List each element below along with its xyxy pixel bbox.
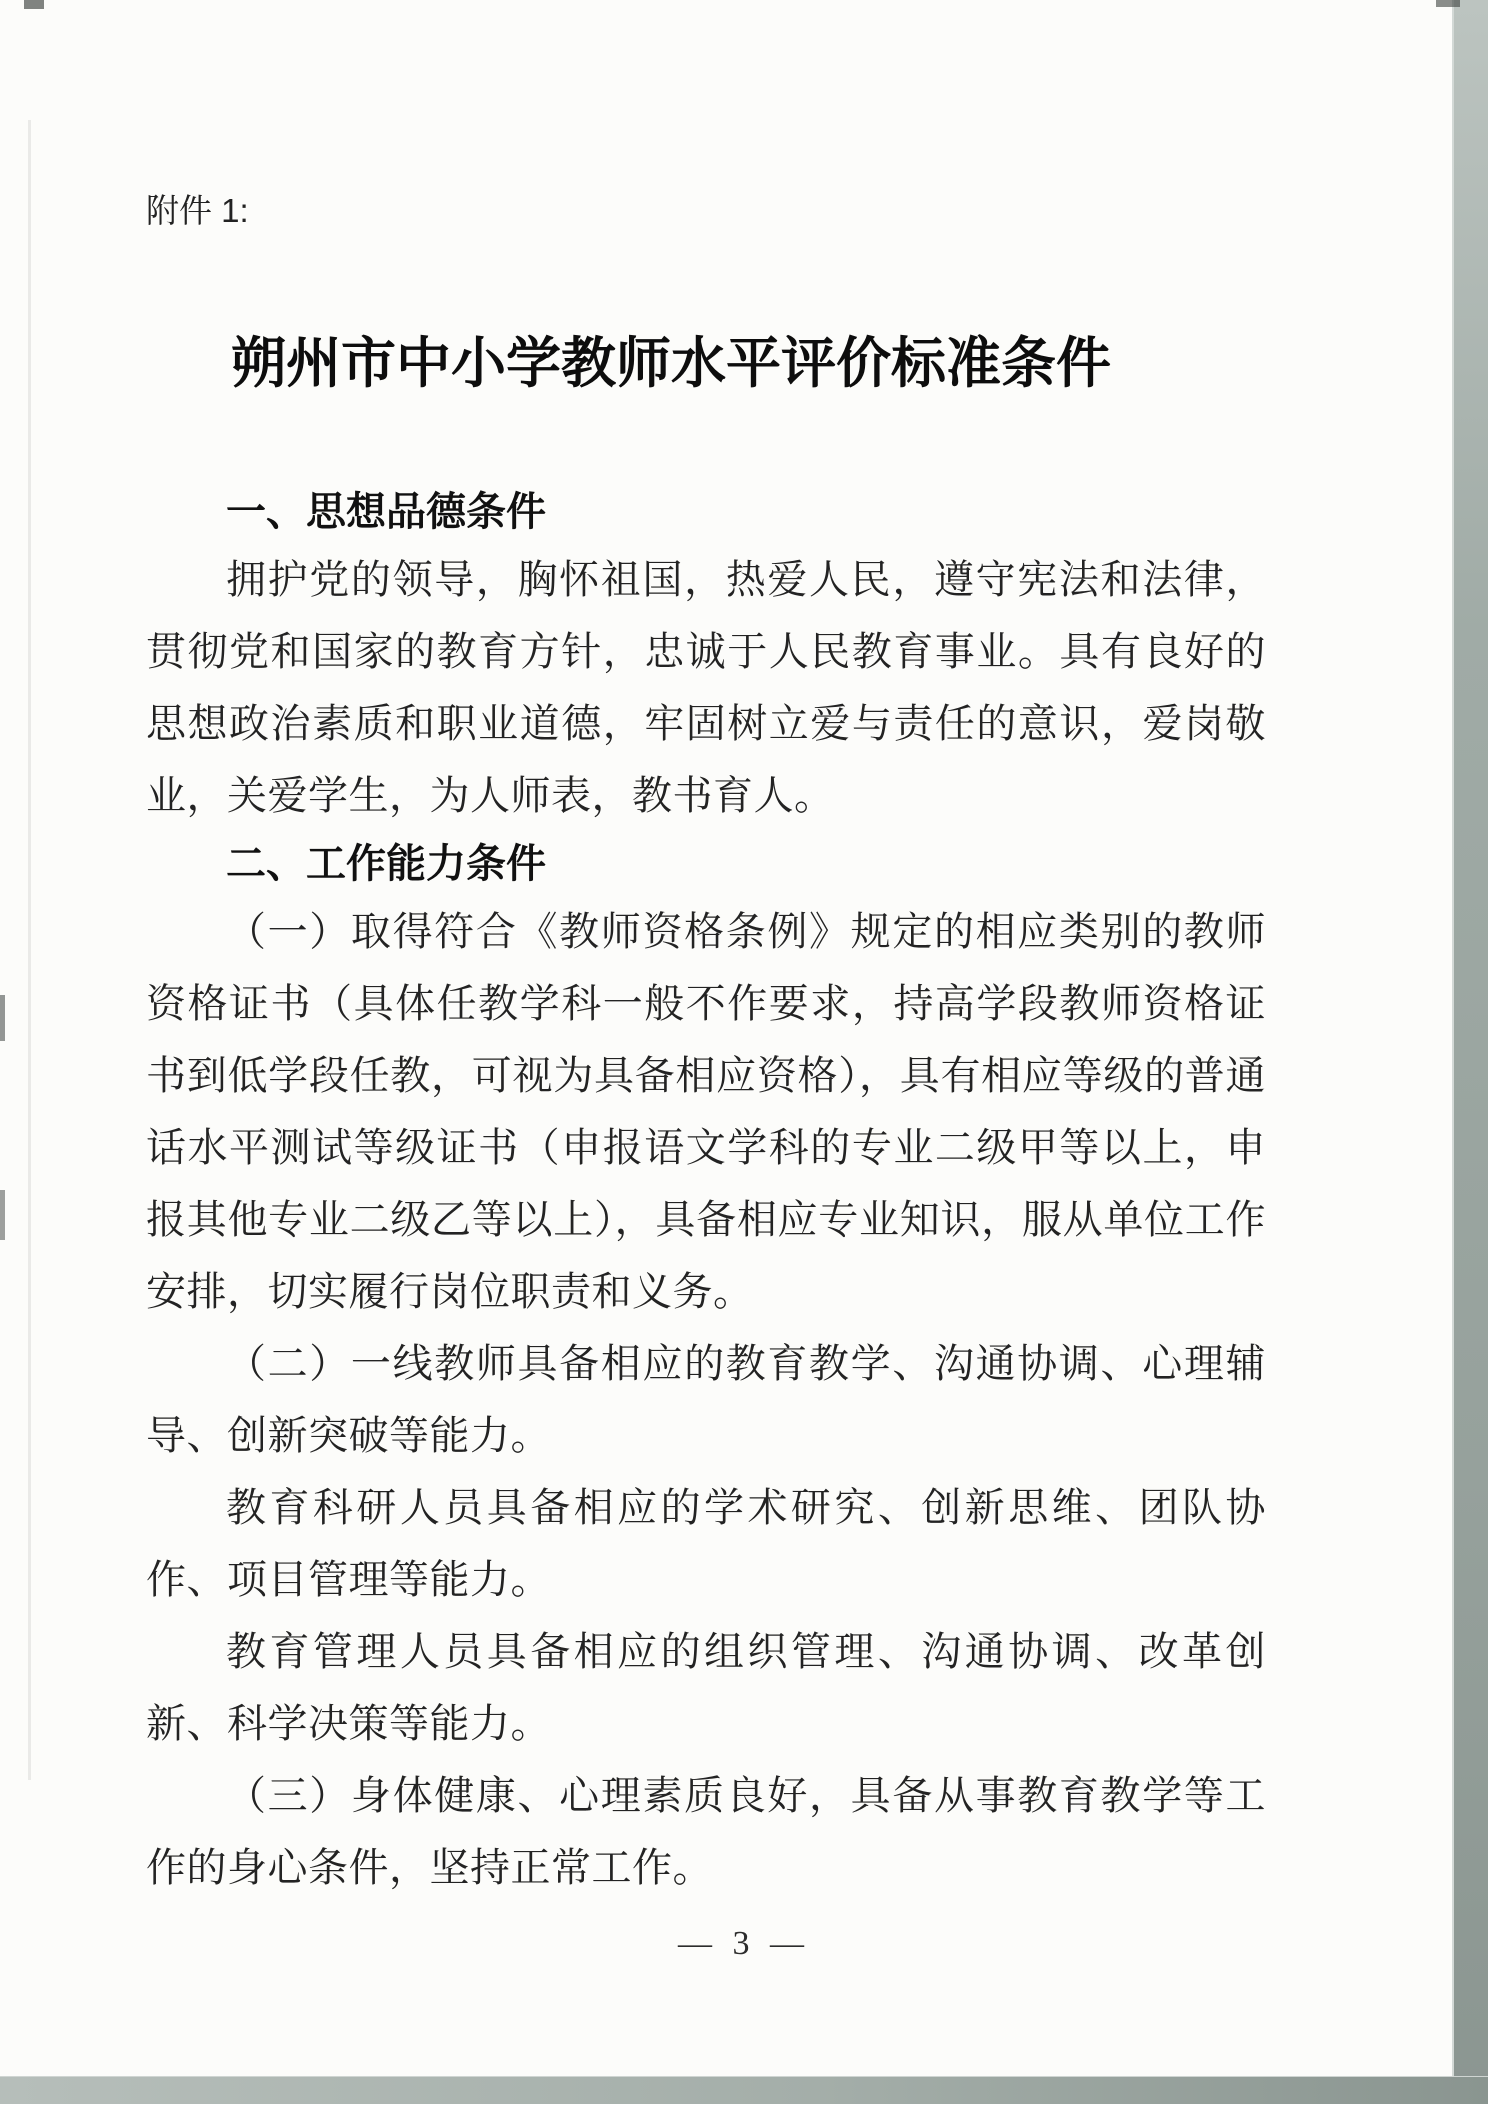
scan-speck bbox=[0, 1190, 5, 1240]
scanned-document-page: 附件 1: 朔州市中小学教师水平评价标准条件 一、思想品德条件 拥护党的领导，胸… bbox=[0, 0, 1488, 2104]
section-heading-work-ability: 二、工作能力条件 bbox=[146, 832, 1266, 896]
paragraph-item-2-frontline-teachers: （二）一线教师具备相应的教育教学、沟通协调、心理辅导、创新突破等能力。 bbox=[146, 1328, 1266, 1472]
paragraph-item-1-qualifications: （一）取得符合《教师资格条例》规定的相应类别的教师资格证书（具体任教学科一般不作… bbox=[146, 896, 1266, 1328]
paragraph-research-staff: 教育科研人员具备相应的学术研究、创新思维、团队协作、项目管理等能力。 bbox=[146, 1472, 1266, 1616]
section-heading-moral: 一、思想品德条件 bbox=[146, 480, 1266, 544]
scan-speck bbox=[1436, 0, 1460, 7]
paragraph-moral-conditions: 拥护党的领导，胸怀祖国，热爱人民，遵守宪法和法律，贯彻党和国家的教育方针，忠诚于… bbox=[146, 544, 1266, 832]
page-number: — 3 — bbox=[0, 1920, 1488, 1968]
paragraph-management-staff: 教育管理人员具备相应的组织管理、沟通协调、改革创新、科学决策等能力。 bbox=[146, 1616, 1266, 1760]
scan-edge-bottom-band bbox=[0, 2076, 1488, 2104]
document-title: 朔州市中小学教师水平评价标准条件 bbox=[146, 322, 1266, 406]
attachment-label: 附件 1: bbox=[146, 188, 1266, 234]
scan-speck bbox=[0, 995, 5, 1041]
scan-speck bbox=[24, 0, 44, 9]
scan-edge-right-band bbox=[1452, 0, 1488, 2104]
paragraph-item-3-health: （三）身体健康、心理素质良好，具备从事教育教学等工作的身心条件，坚持正常工作。 bbox=[146, 1760, 1266, 1904]
scan-crease-line bbox=[28, 120, 31, 1780]
document-body: 附件 1: 朔州市中小学教师水平评价标准条件 一、思想品德条件 拥护党的领导，胸… bbox=[146, 188, 1266, 1904]
